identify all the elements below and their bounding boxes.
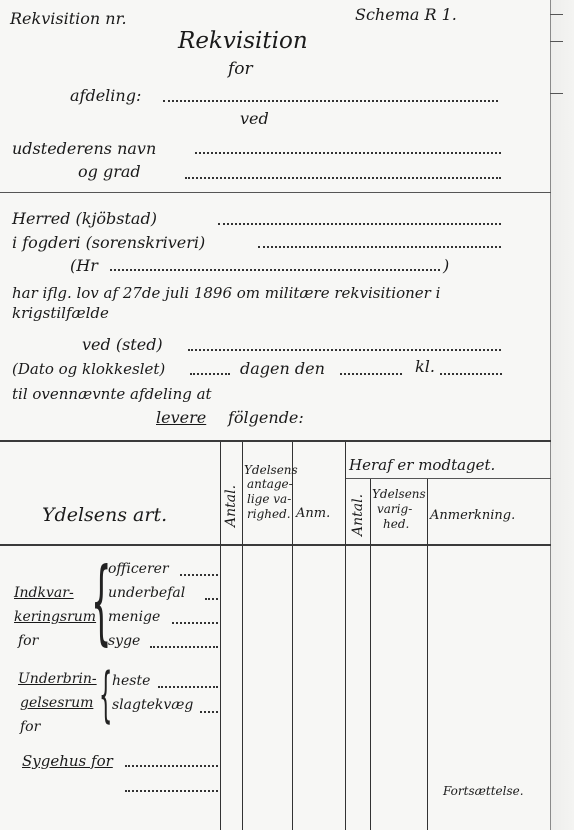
margin-tick — [550, 41, 563, 42]
time-label: kl. — [415, 358, 435, 376]
mr-label: (Hr — [70, 257, 98, 275]
datetime-label: (Dato og klokkeslet) — [12, 360, 165, 378]
column-divider — [220, 442, 221, 830]
group1-label-l1: Indkvar- — [14, 584, 74, 602]
department-label: afdeling: — [70, 87, 141, 105]
following-word: fölgende: — [228, 409, 304, 427]
column-divider — [427, 479, 428, 830]
bailiwick-label: i fogderi (sorenskriveri) — [12, 234, 205, 252]
mr-field[interactable] — [110, 268, 440, 271]
group2-label-l2: gelsesrum — [20, 694, 93, 712]
day-label: dagen den — [240, 360, 325, 378]
table-header-bottom-rule — [0, 544, 551, 546]
margin-tick — [550, 14, 563, 15]
bailiwick-field[interactable] — [258, 245, 501, 248]
requisition-number-label: Rekvisition nr. — [10, 10, 127, 28]
rank-label: og grad — [78, 163, 141, 181]
group2-item-leader — [200, 710, 218, 713]
header-remarks-short: Anm. — [296, 505, 330, 523]
rank-field[interactable] — [185, 176, 501, 179]
group3-label: Sygehus for — [22, 752, 113, 770]
date-field[interactable] — [190, 372, 230, 375]
group2-label-l1: Underbrin- — [18, 670, 97, 688]
group3-field-extra[interactable] — [125, 789, 218, 792]
group2-item: slagtekvæg — [112, 696, 193, 714]
received-group-rule — [345, 478, 551, 479]
table-top-rule — [0, 440, 551, 442]
group1-item-leader — [180, 573, 218, 576]
group1-item-leader — [150, 645, 218, 648]
group2-label-l3: for — [20, 718, 40, 736]
page-edge-shadow — [551, 0, 574, 830]
time-field[interactable] — [440, 372, 502, 375]
day-field[interactable] — [340, 372, 402, 375]
header-received-duration-l1: Ydelsens — [372, 488, 426, 501]
header-duration-l4: righed. — [247, 508, 291, 521]
law-text-line2: krigstilfælde — [12, 304, 109, 322]
header-duration-l1: Ydelsens — [244, 464, 298, 477]
group1-item: underbefal — [108, 584, 185, 602]
group2-brace: { — [99, 665, 112, 725]
group1-item: menige — [108, 608, 160, 626]
header-quantity: Antal. — [223, 481, 239, 527]
requisition-form-page: Rekvisition nr. Schema R 1. Rekvisition … — [0, 0, 574, 830]
section-divider — [0, 192, 551, 193]
group1-label-l3: for — [18, 632, 38, 650]
column-divider — [370, 479, 371, 830]
group1-label-l2: keringsrum — [14, 608, 96, 626]
form-title: Rekvisition — [178, 32, 308, 50]
issuer-name-label: udstederens navn — [12, 140, 156, 158]
place-field[interactable] — [188, 348, 501, 351]
group2-item: heste — [112, 672, 150, 690]
column-divider — [292, 442, 293, 830]
group1-item: syge — [108, 632, 140, 650]
column-divider — [242, 442, 243, 830]
header-received-group: Heraf er modtaget. — [349, 456, 495, 474]
law-text-line1: har iflg. lov af 27de juli 1896 om milit… — [12, 284, 440, 302]
header-received-remarks: Anmerkning. — [430, 507, 515, 525]
group1-item-leader — [172, 621, 218, 624]
mr-close-paren: ) — [443, 257, 449, 275]
schema-label: Schema R 1. — [355, 6, 457, 24]
continuation-note: Fortsættelse. — [443, 782, 524, 800]
place-label: ved (sted) — [82, 336, 163, 354]
issuer-name-field[interactable] — [195, 151, 501, 154]
header-duration-l2: antage- — [247, 478, 293, 491]
header-received-duration-l2: varig- — [377, 503, 412, 516]
header-received-quantity: Antal. — [350, 490, 366, 536]
group1-item-leader — [205, 597, 218, 600]
district-field[interactable] — [218, 222, 501, 225]
district-label: Herred (kjöbstad) — [12, 210, 157, 228]
header-kind: Ydelsens art. — [42, 506, 167, 524]
at-label: ved — [240, 110, 269, 128]
margin-tick — [550, 93, 563, 94]
deliver-line: til ovennævnte afdeling at — [12, 385, 212, 403]
right-margin-line — [550, 0, 551, 830]
group2-item-leader — [158, 685, 218, 688]
for-label: for — [228, 60, 253, 78]
group3-field[interactable] — [125, 764, 218, 767]
group1-item: officerer — [108, 560, 169, 578]
department-field[interactable] — [163, 99, 498, 102]
deliver-word: levere — [156, 409, 206, 427]
column-divider — [345, 442, 346, 830]
header-received-duration-l3: hed. — [383, 518, 409, 531]
header-duration-l3: lige va- — [247, 493, 291, 506]
